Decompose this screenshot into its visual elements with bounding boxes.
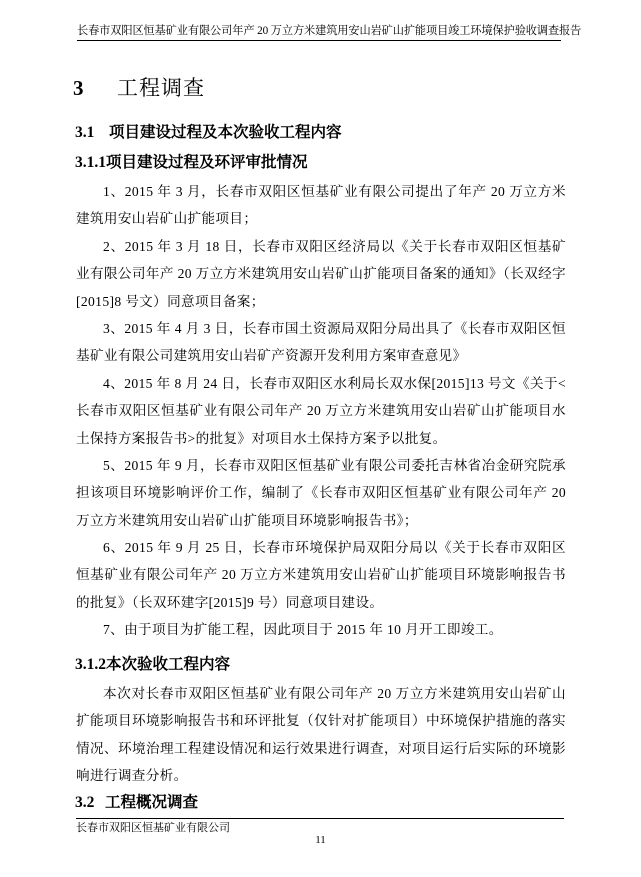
page-number: 11 [0, 834, 641, 846]
paragraph-3: 3、2015 年 4 月 3 日，长春市国土资源局双阳分局出具了《长春市双阳区恒… [76, 315, 566, 370]
section-number: 3.2 [75, 793, 105, 813]
section-title: 项目建设过程及环评审批情况 [106, 153, 308, 171]
section-heading-3-1-2: 3.1.2本次验收工程内容 [75, 654, 230, 675]
paragraph-2: 2、2015 年 3 月 18 日，长春市双阳区经济局以《关于长春市双阳区恒基矿… [76, 233, 566, 315]
section-title: 工程概况调查 [105, 793, 198, 811]
section-number: 3.1.1 [75, 153, 106, 173]
section-title: 本次验收工程内容 [106, 655, 230, 673]
section-number: 3.1 [75, 123, 109, 143]
page-footer: 长春市双阳区恒基矿业有限公司 [76, 818, 564, 835]
section-heading-3-1: 3.1项目建设过程及本次验收工程内容 [75, 122, 342, 143]
chapter-title: 工程调查 [117, 76, 205, 100]
paragraph-6: 6、2015 年 9 月 25 日，长春市环境保护局双阳分局以《关于长春市双阳区… [76, 534, 566, 616]
section-heading-3-1-1: 3.1.1项目建设过程及环评审批情况 [75, 152, 308, 173]
paragraph-5: 5、2015 年 9 月，长春市双阳区恒基矿业有限公司委托吉林省冶金研究院承担该… [76, 452, 566, 534]
section-title: 项目建设过程及本次验收工程内容 [109, 123, 342, 141]
chapter-number: 3 [73, 74, 117, 102]
page-header: 长春市双阳区恒基矿业有限公司年产 20 万立方米建筑用安山岩矿山扩能项目竣工环境… [77, 24, 561, 41]
header-title: 长春市双阳区恒基矿业有限公司年产 20 万立方米建筑用安山岩矿山扩能项目竣工环境… [77, 25, 581, 37]
section-number: 3.1.2 [75, 655, 106, 675]
paragraph-8: 本次对长春市双阳区恒基矿业有限公司年产 20 万立方米建筑用安山岩矿山扩能项目环… [76, 680, 566, 790]
chapter-heading: 3工程调查 [73, 74, 205, 102]
paragraph-7: 7、由于项目为扩能工程，因此项目于 2015 年 10 月开工即竣工。 [76, 616, 566, 643]
section-heading-3-2: 3.2工程概况调查 [75, 792, 198, 813]
paragraph-4: 4、2015 年 8 月 24 日，长春市双阳区水利局长双水保[2015]13 … [76, 370, 566, 452]
footer-company: 长春市双阳区恒基矿业有限公司 [76, 822, 230, 834]
paragraph-1: 1、2015 年 3 月，长春市双阳区恒基矿业有限公司提出了年产 20 万立方米… [76, 178, 566, 233]
